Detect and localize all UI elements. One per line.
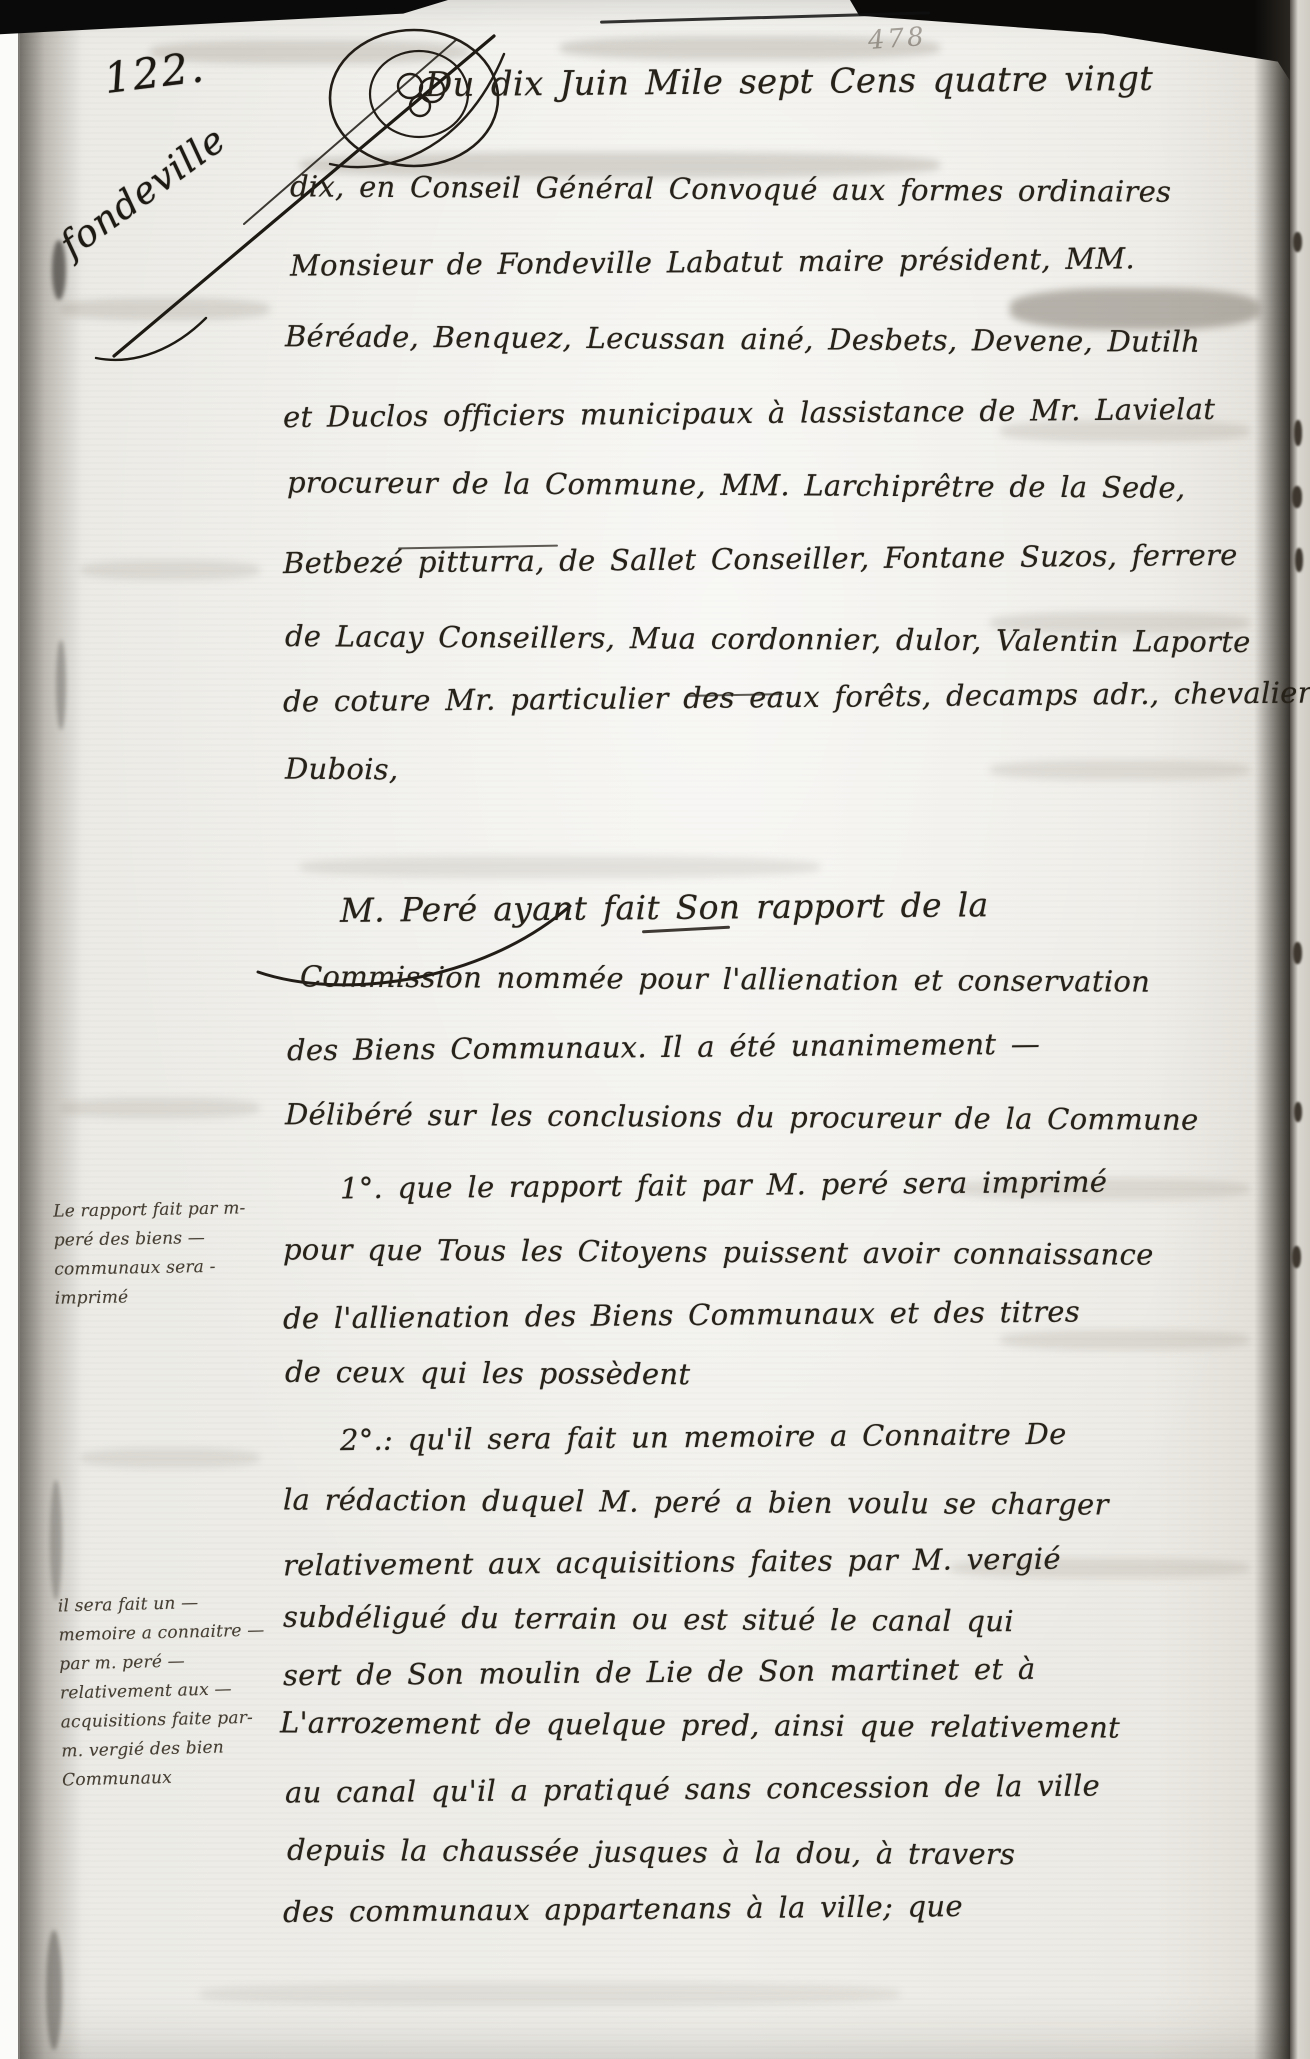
margin-note-2: il sera fait un — memoire a connaitre — … (58, 1588, 269, 1796)
manuscript-line: Du dix Juin Mile sept Cens quatre vingt (425, 59, 1153, 105)
bleed-through-smudge (1000, 1330, 1250, 1350)
bleed-through-smudge (80, 560, 260, 580)
manuscript-line: au canal qu'il a pratiqué sans concessio… (285, 1768, 1100, 1809)
facing-page-sliver (1290, 0, 1310, 2059)
manuscript-line: procureur de la Commune, MM. Larchiprêtr… (287, 465, 1186, 504)
manuscript-line: depuis la chaussée jusques à la dou, à t… (287, 1833, 1015, 1871)
manuscript-line: des Biens Communaux. Il a été unanimemen… (287, 1027, 1040, 1068)
manuscript-line: 2°.: qu'il sera fait un memoire a Connai… (340, 1417, 1067, 1457)
binding-blot (50, 1480, 62, 1600)
manuscript-line: de coture Mr. particulier des eaux forêt… (283, 676, 1310, 719)
manuscript-line: Dubois, (285, 752, 399, 787)
manuscript-line: de ceux qui les possèdent (285, 1355, 691, 1391)
page-number: 122. (101, 42, 208, 103)
scanner-margin (0, 0, 20, 2059)
manuscript-line: Béréade, Benquez, Lecussan ainé, Desbets… (285, 319, 1200, 359)
manuscript-line: L'arrozement de quelque pred, ainsi que … (280, 1705, 1120, 1744)
binding-blot (56, 640, 66, 730)
manuscript-line: pour que Tous les Citoyens puissent avoi… (283, 1232, 1154, 1271)
margin-note-1: Le rapport fait par m- peré des biens — … (53, 1194, 247, 1313)
margin-note-line: Le rapport fait par m- (53, 1194, 246, 1226)
manuscript-line: subdéligué du terrain ou est situé le ca… (283, 1600, 1014, 1638)
facing-page-ink-fragment (1294, 1102, 1302, 1122)
manuscript-line: des communaux appartenans à la ville; qu… (283, 1889, 963, 1929)
facing-page-ink-fragment (1294, 420, 1302, 446)
manuscript-line: 1°. que le rapport fait par M. peré sera… (340, 1165, 1108, 1206)
manuscript-line: Betbezé pitturra, de Sallet Conseiller, … (283, 538, 1238, 580)
manuscript-page: 122. 478 fondeville Le rapport fait par … (0, 0, 1310, 2059)
facing-page-ink-fragment (1292, 486, 1302, 508)
scan-corner-top-left (0, 0, 448, 36)
margin-note-line: imprimé (55, 1281, 248, 1313)
margin-note-line: peré des biens — (54, 1223, 247, 1255)
manuscript-line: dix, en Conseil Général Convoqué aux for… (290, 169, 1171, 208)
bleed-through-smudge (80, 1448, 260, 1468)
manuscript-line: de l'allienation des Biens Communaux et … (283, 1295, 1080, 1336)
bleed-through-smudge (200, 1982, 900, 2006)
bleed-through-smudge (60, 1098, 260, 1118)
page-top-edge (600, 11, 930, 23)
facing-page-ink-fragment (1295, 548, 1303, 572)
manuscript-line: sert de Son moulin de Lie de Son martine… (283, 1652, 1036, 1693)
margin-note-line: communaux sera - (54, 1252, 247, 1284)
bleed-through-smudge (990, 760, 1250, 780)
manuscript-line: la rédaction duquel M. peré a bien voulu… (283, 1482, 1109, 1521)
bleed-through-smudge (300, 856, 820, 878)
binding-blot (46, 1930, 62, 2050)
facing-page-ink-fragment (1293, 942, 1302, 964)
margin-note-line: Communaux (62, 1761, 269, 1795)
facing-page-ink-fragment (1292, 1246, 1301, 1268)
manuscript-line: Commission nommée pour l'allienation et … (300, 959, 1150, 998)
manuscript-line: M. Peré ayant fait Son rapport de la (340, 885, 989, 930)
folio-number-faint: 478 (867, 22, 928, 56)
margin-note-line: acquisitions faite par- (60, 1703, 267, 1737)
margin-note-line: memoire a connaitre — (58, 1617, 265, 1651)
manuscript-line: relativement aux acquisitions faites par… (283, 1542, 1061, 1583)
manuscript-line: de Lacay Conseillers, Mua cordonnier, du… (285, 619, 1251, 659)
bleed-through-smudge (60, 298, 270, 320)
margin-signature: fondeville (52, 93, 268, 267)
manuscript-line: Monsieur de Fondeville Labatut maire pré… (290, 241, 1135, 282)
manuscript-line: Délibéré sur les conclusions du procureu… (285, 1097, 1199, 1137)
facing-page-ink-fragment (1293, 232, 1302, 252)
